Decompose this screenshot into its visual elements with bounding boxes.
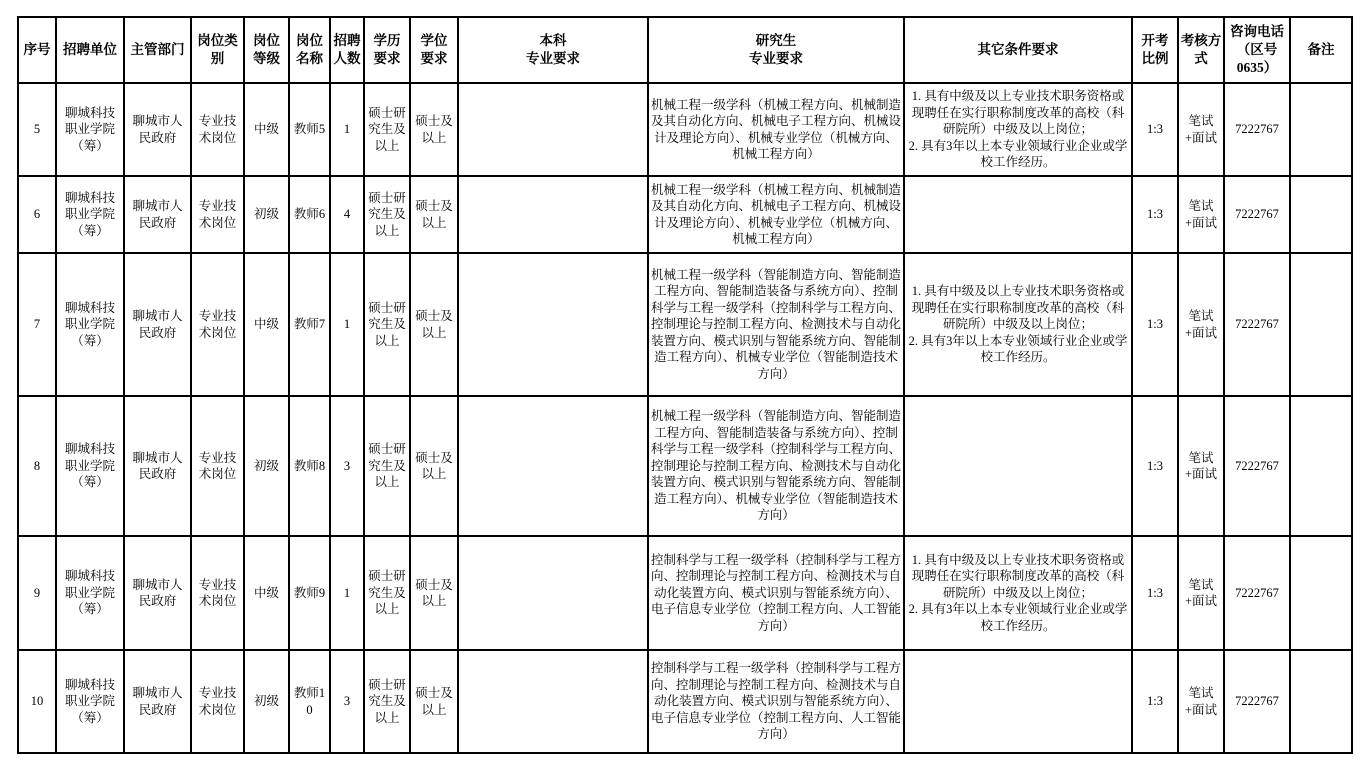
cell-grade: 中级 <box>244 83 289 176</box>
cell-title: 教师9 <box>289 536 330 650</box>
column-header-undergrad: 本科 专业要求 <box>458 17 648 83</box>
cell-category: 专业技术岗位 <box>191 253 244 396</box>
cell-method: 笔试+面试 <box>1178 83 1224 176</box>
column-header-method: 考核方 式 <box>1178 17 1224 83</box>
cell-edu: 硕士研究生及以上 <box>364 253 410 396</box>
cell-title: 教师7 <box>289 253 330 396</box>
table-row: 6聊城科技职业学院（筹）聊城市人民政府专业技术岗位初级教师64硕士研究生及以上硕… <box>18 176 1352 253</box>
cell-category: 专业技术岗位 <box>191 83 244 176</box>
column-header-other: 其它条件要求 <box>904 17 1132 83</box>
cell-unit: 聊城科技职业学院（筹） <box>56 253 124 396</box>
column-header-ratio: 开考 比例 <box>1132 17 1178 83</box>
cell-category: 专业技术岗位 <box>191 396 244 536</box>
cell-unit: 聊城科技职业学院（筹） <box>56 176 124 253</box>
cell-unit: 聊城科技职业学院（筹） <box>56 650 124 753</box>
cell-dept: 聊城市人民政府 <box>124 83 191 176</box>
cell-phone: 7222767 <box>1224 83 1290 176</box>
cell-method: 笔试+面试 <box>1178 650 1224 753</box>
recruitment-positions-table: 序号招聘单位主管部门岗位类 别岗位 等级岗位 名称招聘 人数学历 要求学位 要求… <box>17 16 1353 754</box>
cell-unit: 聊城科技职业学院（筹） <box>56 396 124 536</box>
cell-undergrad <box>458 253 648 396</box>
cell-degree: 硕士及以上 <box>410 83 458 176</box>
cell-other: 1. 具有中级及以上专业技术职务资格或现聘任在实行职称制度改革的高校（科研院所）… <box>904 536 1132 650</box>
column-header-category: 岗位类 别 <box>191 17 244 83</box>
cell-edu: 硕士研究生及以上 <box>364 650 410 753</box>
cell-grade: 初级 <box>244 176 289 253</box>
cell-grad: 机械工程一级学科（机械工程方向、机械制造及其自动化方向、机械电子工程方向、机械设… <box>648 176 904 253</box>
cell-ratio: 1:3 <box>1132 650 1178 753</box>
cell-count: 3 <box>330 650 364 753</box>
cell-phone: 7222767 <box>1224 650 1290 753</box>
cell-grad: 机械工程一级学科（智能制造方向、智能制造工程方向、智能制造装备与系统方向）、控制… <box>648 396 904 536</box>
cell-other: 1. 具有中级及以上专业技术职务资格或现聘任在实行职称制度改革的高校（科研院所）… <box>904 253 1132 396</box>
column-header-seq: 序号 <box>18 17 56 83</box>
cell-title: 教师6 <box>289 176 330 253</box>
cell-note <box>1290 253 1352 396</box>
cell-count: 4 <box>330 176 364 253</box>
cell-grade: 中级 <box>244 253 289 396</box>
cell-dept: 聊城市人民政府 <box>124 650 191 753</box>
cell-seq: 5 <box>18 83 56 176</box>
cell-note <box>1290 176 1352 253</box>
cell-other <box>904 396 1132 536</box>
cell-edu: 硕士研究生及以上 <box>364 83 410 176</box>
column-header-degree: 学位 要求 <box>410 17 458 83</box>
table-row: 5聊城科技职业学院（筹）聊城市人民政府专业技术岗位中级教师51硕士研究生及以上硕… <box>18 83 1352 176</box>
cell-count: 1 <box>330 83 364 176</box>
cell-seq: 8 <box>18 396 56 536</box>
table-row: 7聊城科技职业学院（筹）聊城市人民政府专业技术岗位中级教师71硕士研究生及以上硕… <box>18 253 1352 396</box>
cell-grad: 机械工程一级学科（机械工程方向、机械制造及其自动化方向、机械电子工程方向、机械设… <box>648 83 904 176</box>
cell-ratio: 1:3 <box>1132 396 1178 536</box>
cell-degree: 硕士及以上 <box>410 176 458 253</box>
cell-undergrad <box>458 650 648 753</box>
cell-method: 笔试+面试 <box>1178 176 1224 253</box>
cell-edu: 硕士研究生及以上 <box>364 176 410 253</box>
cell-title: 教师8 <box>289 396 330 536</box>
cell-degree: 硕士及以上 <box>410 536 458 650</box>
cell-note <box>1290 83 1352 176</box>
cell-degree: 硕士及以上 <box>410 650 458 753</box>
cell-other <box>904 176 1132 253</box>
cell-unit: 聊城科技职业学院（筹） <box>56 83 124 176</box>
cell-seq: 9 <box>18 536 56 650</box>
cell-method: 笔试+面试 <box>1178 396 1224 536</box>
recruitment-document-page: 序号招聘单位主管部门岗位类 别岗位 等级岗位 名称招聘 人数学历 要求学位 要求… <box>0 0 1366 771</box>
cell-note <box>1290 650 1352 753</box>
column-header-grad: 研究生 专业要求 <box>648 17 904 83</box>
cell-count: 1 <box>330 253 364 396</box>
cell-grad: 机械工程一级学科（智能制造方向、智能制造工程方向、智能制造装备与系统方向）、控制… <box>648 253 904 396</box>
cell-method: 笔试+面试 <box>1178 253 1224 396</box>
cell-note <box>1290 396 1352 536</box>
cell-grade: 初级 <box>244 650 289 753</box>
cell-note <box>1290 536 1352 650</box>
cell-title: 教师10 <box>289 650 330 753</box>
cell-phone: 7222767 <box>1224 536 1290 650</box>
cell-edu: 硕士研究生及以上 <box>364 536 410 650</box>
cell-count: 1 <box>330 536 364 650</box>
table-row: 8聊城科技职业学院（筹）聊城市人民政府专业技术岗位初级教师83硕士研究生及以上硕… <box>18 396 1352 536</box>
table-row: 9聊城科技职业学院（筹）聊城市人民政府专业技术岗位中级教师91硕士研究生及以上硕… <box>18 536 1352 650</box>
cell-grad: 控制科学与工程一级学科（控制科学与工程方向、控制理论与控制工程方向、检测技术与自… <box>648 650 904 753</box>
cell-unit: 聊城科技职业学院（筹） <box>56 536 124 650</box>
cell-grad: 控制科学与工程一级学科（控制科学与工程方向、控制理论与控制工程方向、检测技术与自… <box>648 536 904 650</box>
column-header-count: 招聘 人数 <box>330 17 364 83</box>
cell-category: 专业技术岗位 <box>191 650 244 753</box>
cell-other <box>904 650 1132 753</box>
table-body: 5聊城科技职业学院（筹）聊城市人民政府专业技术岗位中级教师51硕士研究生及以上硕… <box>18 83 1352 753</box>
cell-seq: 7 <box>18 253 56 396</box>
cell-seq: 6 <box>18 176 56 253</box>
cell-category: 专业技术岗位 <box>191 176 244 253</box>
cell-method: 笔试+面试 <box>1178 536 1224 650</box>
cell-degree: 硕士及以上 <box>410 253 458 396</box>
cell-dept: 聊城市人民政府 <box>124 176 191 253</box>
cell-undergrad <box>458 536 648 650</box>
cell-phone: 7222767 <box>1224 253 1290 396</box>
column-header-dept: 主管部门 <box>124 17 191 83</box>
column-header-grade: 岗位 等级 <box>244 17 289 83</box>
cell-category: 专业技术岗位 <box>191 536 244 650</box>
table-row: 10聊城科技职业学院（筹）聊城市人民政府专业技术岗位初级教师103硕士研究生及以… <box>18 650 1352 753</box>
cell-edu: 硕士研究生及以上 <box>364 396 410 536</box>
cell-dept: 聊城市人民政府 <box>124 396 191 536</box>
cell-ratio: 1:3 <box>1132 83 1178 176</box>
cell-undergrad <box>458 396 648 536</box>
cell-degree: 硕士及以上 <box>410 396 458 536</box>
column-header-phone: 咨询电话 （区号 0635） <box>1224 17 1290 83</box>
cell-ratio: 1:3 <box>1132 536 1178 650</box>
header-row: 序号招聘单位主管部门岗位类 别岗位 等级岗位 名称招聘 人数学历 要求学位 要求… <box>18 17 1352 83</box>
column-header-unit: 招聘单位 <box>56 17 124 83</box>
column-header-note: 备注 <box>1290 17 1352 83</box>
cell-ratio: 1:3 <box>1132 176 1178 253</box>
cell-dept: 聊城市人民政府 <box>124 536 191 650</box>
cell-grade: 初级 <box>244 396 289 536</box>
cell-undergrad <box>458 176 648 253</box>
cell-phone: 7222767 <box>1224 396 1290 536</box>
table-head: 序号招聘单位主管部门岗位类 别岗位 等级岗位 名称招聘 人数学历 要求学位 要求… <box>18 17 1352 83</box>
cell-title: 教师5 <box>289 83 330 176</box>
cell-dept: 聊城市人民政府 <box>124 253 191 396</box>
cell-ratio: 1:3 <box>1132 253 1178 396</box>
column-header-title: 岗位 名称 <box>289 17 330 83</box>
cell-undergrad <box>458 83 648 176</box>
cell-phone: 7222767 <box>1224 176 1290 253</box>
cell-count: 3 <box>330 396 364 536</box>
cell-grade: 中级 <box>244 536 289 650</box>
cell-other: 1. 具有中级及以上专业技术职务资格或现聘任在实行职称制度改革的高校（科研院所）… <box>904 83 1132 176</box>
cell-seq: 10 <box>18 650 56 753</box>
column-header-edu: 学历 要求 <box>364 17 410 83</box>
